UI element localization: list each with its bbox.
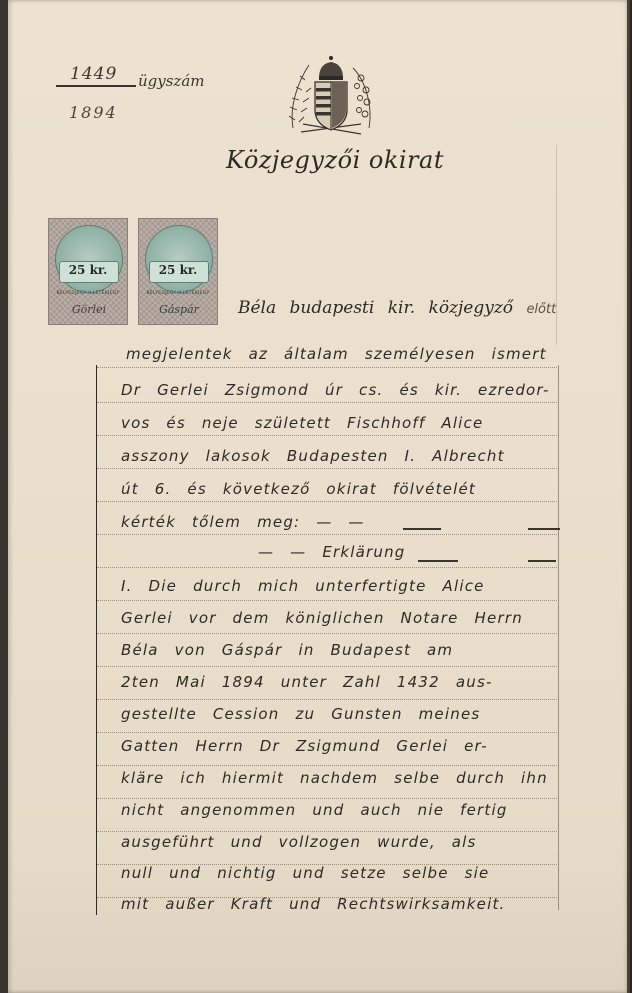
- document-title: Közjegyzői okirat: [220, 146, 450, 174]
- stamp-cancellation-signature: Gáspár: [143, 303, 215, 316]
- handwritten-line: nicht angenommen und auch nie fertig: [121, 801, 591, 819]
- document-page: 1449 ügyszám 1894 Közjegyzői okirat 25 k…: [8, 0, 630, 993]
- revenue-stamp: 25 kr. BÉLYEGJEGY·ILLETÉKJEGY Gáspár: [138, 218, 218, 325]
- handwritten-line: 2ten Mai 1894 unter Zahl 1432 aus-: [121, 673, 591, 691]
- handwritten-line: gestellte Cession zu Gunsten meines: [121, 705, 591, 723]
- hungarian-coat-of-arms-icon: [281, 50, 381, 140]
- handwritten-line: Gerlei vor dem königlichen Notare Herrn: [121, 609, 591, 627]
- handwritten-line: kläre ich hiermit nachdem selbe durch ih…: [121, 769, 591, 787]
- handwritten-line: megjelentek az általam személyesen ismer…: [126, 345, 596, 363]
- case-number-label: ügyszám: [138, 72, 205, 90]
- scan-right-border: [627, 0, 630, 993]
- notary-intro-line: Béla budapesti kir. közjegyző előtt: [238, 298, 556, 318]
- filler-dash: [528, 560, 556, 562]
- stamp-cancellation-signature: Görlei: [53, 303, 125, 316]
- intro-handwritten-text: előtt: [526, 302, 556, 317]
- handwritten-heading: — — Erklärung: [258, 543, 632, 561]
- filler-dash: [528, 528, 560, 530]
- handwritten-line: Gatten Herrn Dr Zsigmund Gerlei er-: [121, 737, 591, 755]
- stamp-value: 25 kr.: [49, 263, 127, 277]
- handwritten-line: Dr Gerlei Zsigmond úr cs. és kir. ezredo…: [121, 381, 591, 399]
- stamp-caption: BÉLYEGJEGY·ILLETÉKJEGY: [139, 291, 217, 296]
- stamp-value: 25 kr.: [139, 263, 217, 277]
- handwritten-line: kérték tőlem meg: — —: [121, 513, 591, 531]
- intro-printed-text: Béla budapesti kir. közjegyző: [238, 298, 513, 318]
- handwritten-line: út 6. és következő okirat fölvételét: [121, 480, 591, 498]
- case-number-underline: [56, 85, 136, 87]
- handwritten-line: asszony lakosok Budapesten I. Albrecht: [121, 447, 591, 465]
- handwritten-line: mit außer Kraft und Rechtswirksamkeit.: [121, 895, 591, 913]
- filler-dash: [418, 560, 458, 562]
- handwritten-line: vos és neje született Fischhoff Alice: [121, 414, 591, 432]
- case-number: 1449: [70, 64, 117, 84]
- case-year: 1894: [69, 103, 118, 122]
- handwritten-line: I. Die durch mich unterfertigte Alice: [121, 577, 591, 595]
- filler-dash: [403, 528, 441, 530]
- stamp-caption: BÉLYEGJEGY·ILLETÉKJEGY: [49, 291, 127, 296]
- handwritten-line: null und nichtig und setze selbe sie: [121, 864, 591, 882]
- handwritten-line: Béla von Gáspár in Budapest am: [121, 641, 591, 659]
- handwritten-line: ausgeführt und vollzogen wurde, als: [121, 833, 591, 851]
- revenue-stamp: 25 kr. BÉLYEGJEGY·ILLETÉKJEGY Görlei: [48, 218, 128, 325]
- scan-left-border: [0, 0, 8, 993]
